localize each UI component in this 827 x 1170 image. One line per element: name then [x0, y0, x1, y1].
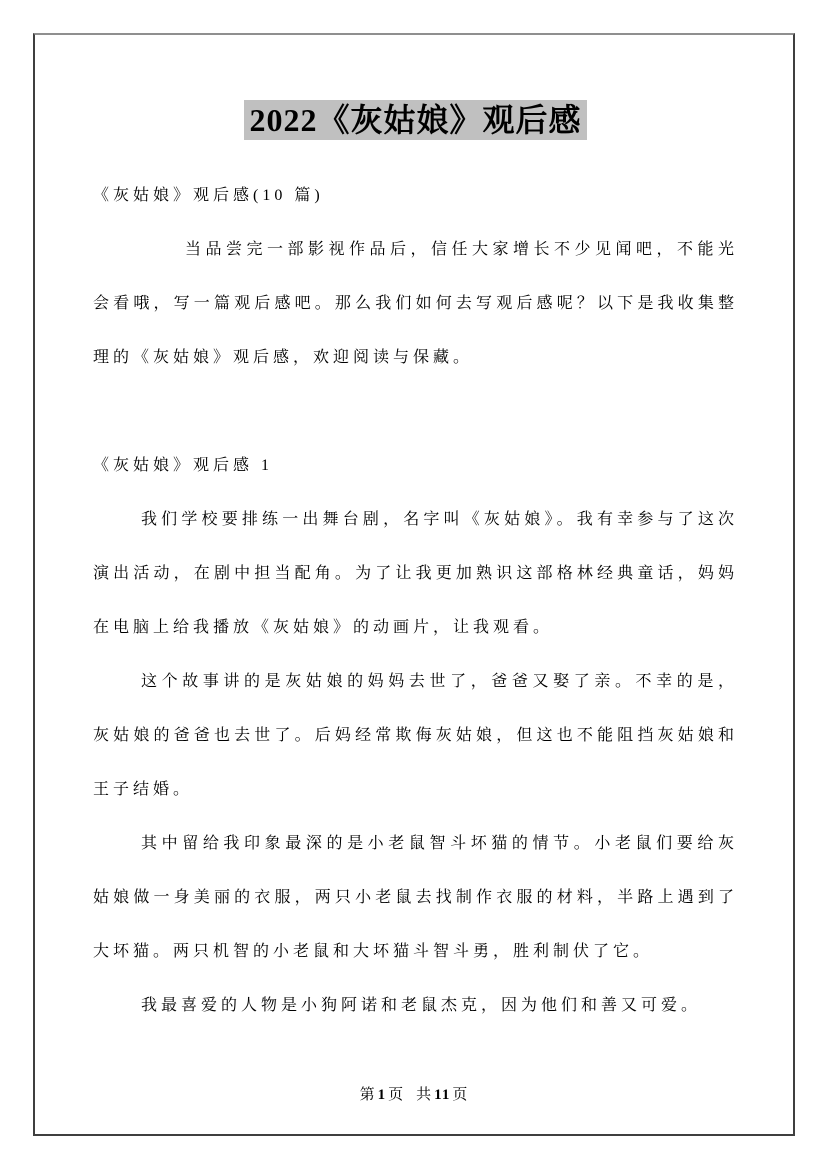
- title-highlight: 2022《灰姑娘》观后感: [244, 100, 586, 140]
- section-heading: 《灰姑娘》观后感 1: [93, 439, 738, 493]
- body-paragraph-4: 我最喜爱的人物是小狗阿诺和老鼠杰克，因为他们和善又可爱。: [93, 979, 738, 1033]
- current-page-number: 1: [376, 1087, 389, 1103]
- total-pages-indicator: 共11页: [416, 1087, 468, 1103]
- body-paragraph-3: 其中留给我印象最深的是小老鼠智斗坏猫的情节。小老鼠们要给灰姑娘做一身美丽的衣服，…: [93, 817, 738, 979]
- page-footer: 第1页共11页: [35, 1083, 793, 1104]
- body-paragraph-2: 这个故事讲的是灰姑娘的妈妈去世了，爸爸又娶了亲。不幸的是，灰姑娘的爸爸也去世了。…: [93, 655, 738, 817]
- document-page: 2022《灰姑娘》观后感 《灰姑娘》观后感(10 篇) 当品尝完一部影视作品后，…: [33, 33, 795, 1136]
- section-1: 《灰姑娘》观后感 1 我们学校要排练一出舞台剧，名字叫《灰姑娘》。我有幸参与了这…: [93, 439, 738, 1033]
- current-page-label-suffix: 页: [388, 1087, 404, 1103]
- current-page-label-prefix: 第: [360, 1087, 376, 1103]
- body-paragraph-1: 我们学校要排练一出舞台剧，名字叫《灰姑娘》。我有幸参与了这次演出活动，在剧中担当…: [93, 493, 738, 655]
- document-subtitle: 《灰姑娘》观后感(10 篇): [93, 169, 738, 223]
- document-content: 2022《灰姑娘》观后感 《灰姑娘》观后感(10 篇) 当品尝完一部影视作品后，…: [35, 97, 793, 1033]
- total-pages-number: 11: [432, 1087, 452, 1103]
- total-pages-label-prefix: 共: [416, 1087, 432, 1103]
- intro-paragraph: 当品尝完一部影视作品后，信任大家增长不少见闻吧，不能光会看哦，写一篇观后感吧。那…: [93, 223, 738, 385]
- document-title: 2022《灰姑娘》观后感: [93, 97, 738, 143]
- total-pages-label-suffix: 页: [452, 1087, 468, 1103]
- current-page-indicator: 第1页: [360, 1087, 405, 1103]
